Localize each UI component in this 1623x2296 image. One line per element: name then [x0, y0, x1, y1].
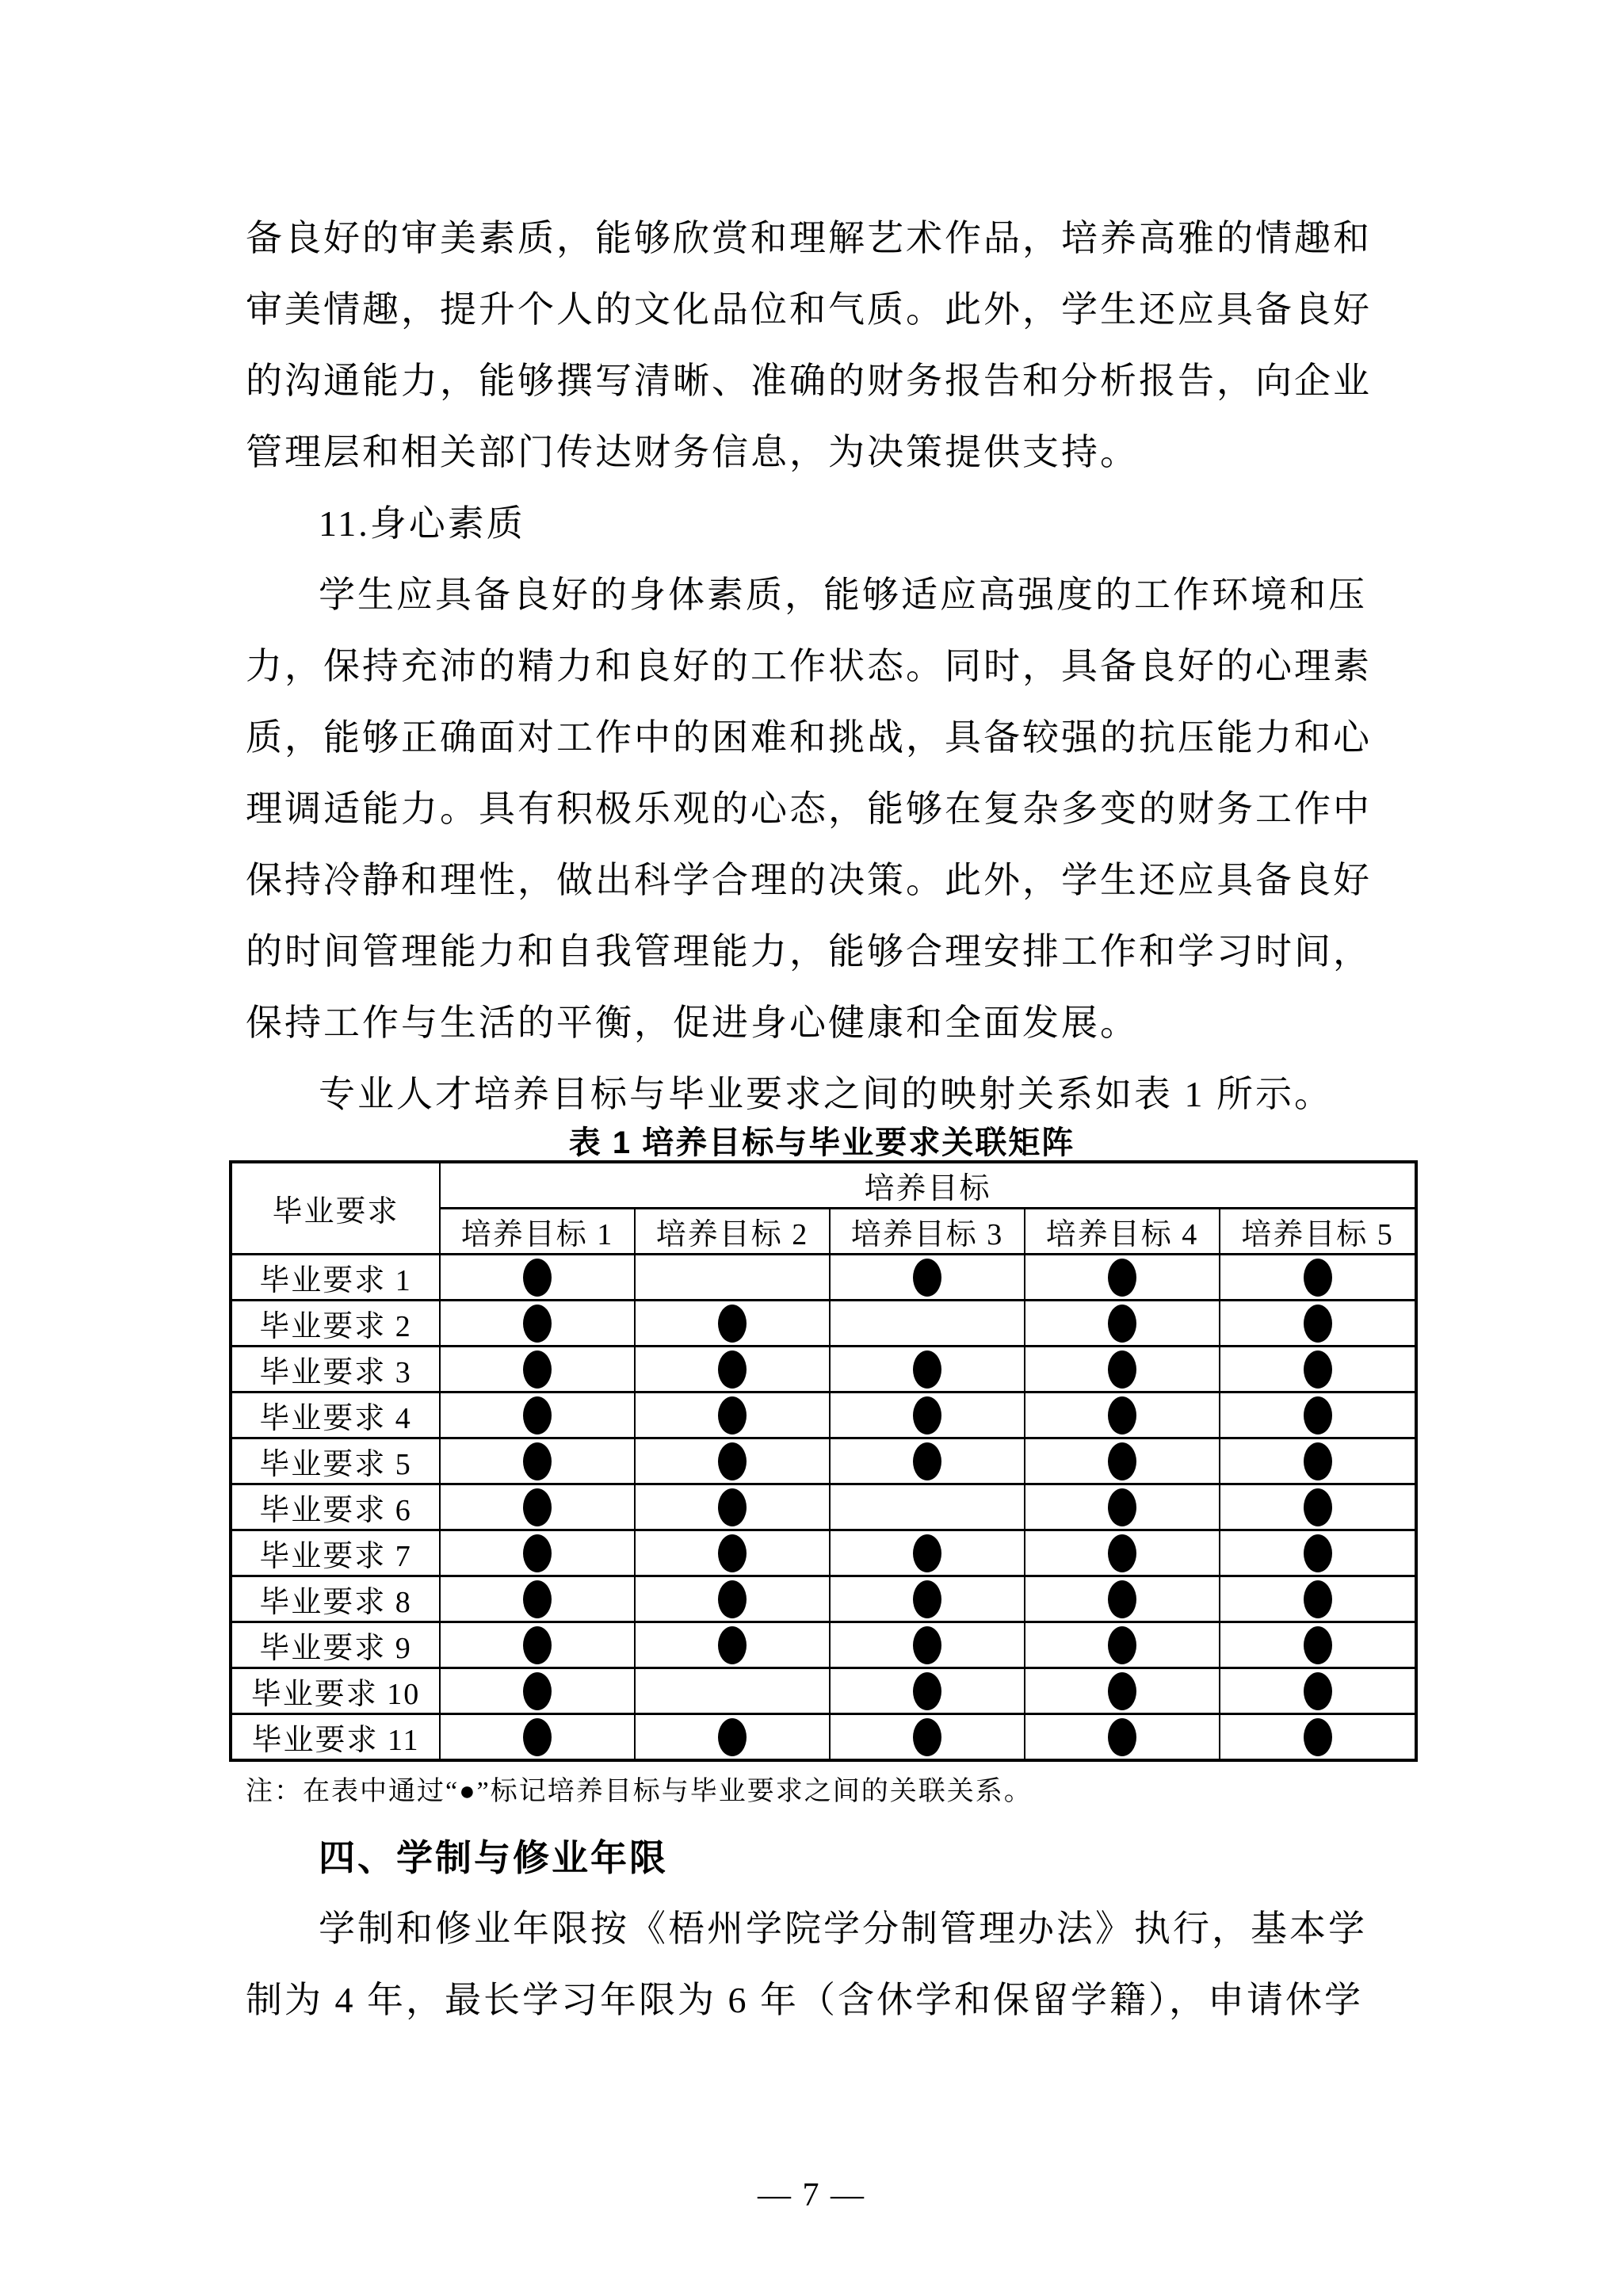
page-number: — 7 —: [0, 2176, 1623, 2214]
dot-marker: [913, 1580, 941, 1618]
matrix-cell: [635, 1301, 830, 1347]
dot-marker: [1304, 1442, 1332, 1480]
matrix-cell: [635, 1255, 830, 1301]
matrix-cell: [1220, 1622, 1416, 1668]
dot-marker: [1304, 1350, 1332, 1389]
paragraph-line: 备良好的审美素质，能够欣赏和理解艺术作品，培养高雅的情趣和: [246, 203, 1384, 274]
corner-header-cell: 毕业要求: [231, 1162, 440, 1255]
table-note: 注：在表中通过“●”标记培养目标与毕业要求之间的关联关系。: [246, 1775, 1384, 1809]
paragraph-line: 的时间管理能力和自我管理能力，能够合理安排工作和学习时间，: [246, 916, 1384, 988]
dot-marker: [1108, 1488, 1136, 1526]
matrix-cell: [830, 1576, 1025, 1622]
dot-marker: [718, 1305, 747, 1343]
dot-marker: [1304, 1396, 1332, 1435]
dot-marker: [1108, 1626, 1136, 1664]
matrix-cell: [635, 1530, 830, 1576]
table-row: 毕业要求 7: [231, 1530, 1416, 1576]
matrix-cell: [830, 1438, 1025, 1484]
matrix-cell: [1220, 1576, 1416, 1622]
dot-marker: [523, 1396, 552, 1435]
table-row: 毕业要求 10: [231, 1668, 1416, 1714]
matrix-cell: [635, 1576, 830, 1622]
dot-marker: [913, 1672, 941, 1710]
dot-marker: [523, 1534, 552, 1572]
row-label: 毕业要求 9: [231, 1622, 440, 1668]
dot-marker: [1304, 1488, 1332, 1526]
row-label: 毕业要求 10: [231, 1668, 440, 1714]
matrix-cell: [440, 1255, 635, 1301]
row-label: 毕业要求 7: [231, 1530, 440, 1576]
sub-heading: 11.身心素质: [246, 488, 1384, 560]
dot-marker: [1108, 1580, 1136, 1618]
paragraph-line: 专业人才培养目标与毕业要求之间的映射关系如表 1 所示。: [246, 1059, 1384, 1130]
matrix-cell: [1025, 1438, 1220, 1484]
page-content: 备良好的审美素质，能够欣赏和理解艺术作品，培养高雅的情趣和 审美情趣，提升个人的…: [246, 203, 1384, 2036]
dot-marker: [1304, 1534, 1332, 1572]
column-header-cell: 培养目标 3: [830, 1209, 1025, 1255]
dot-marker: [1304, 1305, 1332, 1343]
matrix-cell: [1025, 1622, 1220, 1668]
matrix-cell: [830, 1530, 1025, 1576]
matrix-cell: [635, 1347, 830, 1392]
table-row: 毕业要求 6: [231, 1484, 1416, 1530]
paragraph-line: 力，保持充沛的精力和良好的工作状态。同时，具备良好的心理素: [246, 631, 1384, 702]
matrix-cell: [830, 1622, 1025, 1668]
table-row: 毕业要求 1: [231, 1255, 1416, 1301]
paragraph-line: 管理层和相关部门传达财务信息，为决策提供支持。: [246, 417, 1384, 488]
dot-marker: [913, 1259, 941, 1297]
dot-marker: [523, 1626, 552, 1664]
matrix-cell: [1220, 1530, 1416, 1576]
dot-marker: [523, 1350, 552, 1389]
matrix-cell: [635, 1484, 830, 1530]
matrix-cell: [1220, 1392, 1416, 1438]
matrix-cell: [1025, 1576, 1220, 1622]
column-header-cell: 培养目标 4: [1025, 1209, 1220, 1255]
matrix-cell: [1025, 1347, 1220, 1392]
matrix-cell: [830, 1301, 1025, 1347]
matrix-cell: [830, 1255, 1025, 1301]
matrix-cell: [635, 1714, 830, 1761]
section-heading: 四、学制与修业年限: [246, 1822, 1384, 1893]
matrix-cell: [440, 1714, 635, 1761]
dot-marker: [718, 1580, 747, 1618]
matrix-cell: [1220, 1668, 1416, 1714]
matrix-cell: [635, 1622, 830, 1668]
matrix-cell: [635, 1438, 830, 1484]
row-label: 毕业要求 3: [231, 1347, 440, 1392]
row-label: 毕业要求 2: [231, 1301, 440, 1347]
column-header-cell: 培养目标 5: [1220, 1209, 1416, 1255]
matrix-cell: [830, 1714, 1025, 1761]
row-label: 毕业要求 11: [231, 1714, 440, 1761]
matrix-cell: [440, 1484, 635, 1530]
column-header-cell: 培养目标 1: [440, 1209, 635, 1255]
matrix-cell: [1220, 1438, 1416, 1484]
dot-marker: [1304, 1626, 1332, 1664]
dot-marker: [1108, 1350, 1136, 1389]
table-row: 毕业要求 3: [231, 1347, 1416, 1392]
paragraph-line: 质，能够正确面对工作中的困难和挑战，具备较强的抗压能力和心: [246, 702, 1384, 774]
dot-marker: [913, 1534, 941, 1572]
matrix-cell: [440, 1347, 635, 1392]
dot-marker: [1108, 1718, 1136, 1756]
matrix-cell: [830, 1484, 1025, 1530]
table-row: 毕业要求 2: [231, 1301, 1416, 1347]
matrix-cell: [440, 1301, 635, 1347]
document-page: 备良好的审美素质，能够欣赏和理解艺术作品，培养高雅的情趣和 审美情趣，提升个人的…: [0, 0, 1623, 2296]
matrix-cell: [1025, 1484, 1220, 1530]
table-row: 毕业要求 8: [231, 1576, 1416, 1622]
paragraph-line: 学生应具备良好的身体素质，能够适应高强度的工作环境和压: [246, 560, 1384, 631]
paragraph-line: 理调适能力。具有积极乐观的心态，能够在复杂多变的财务工作中: [246, 774, 1384, 845]
matrix-cell: [1025, 1301, 1220, 1347]
dot-marker: [1304, 1580, 1332, 1618]
matrix-cell: [1220, 1714, 1416, 1761]
paragraph-line: 的沟通能力，能够撰写清晰、准确的财务报告和分析报告，向企业: [246, 346, 1384, 417]
dot-marker: [718, 1718, 747, 1756]
table-row: 毕业要求 5: [231, 1438, 1416, 1484]
matrix-cell: [1220, 1347, 1416, 1392]
matrix-cell: [830, 1392, 1025, 1438]
row-label: 毕业要求 4: [231, 1392, 440, 1438]
table-row: 毕业要求 11: [231, 1714, 1416, 1761]
dot-marker: [718, 1442, 747, 1480]
matrix-cell: [440, 1622, 635, 1668]
paragraph-line: 学制和修业年限按《梧州学院学分制管理办法》执行，基本学: [246, 1893, 1384, 1965]
table-header-row-1: 毕业要求 培养目标: [231, 1162, 1416, 1209]
dot-marker: [718, 1396, 747, 1435]
dot-marker: [913, 1626, 941, 1664]
paragraph-line: 审美情趣，提升个人的文化品位和气质。此外，学生还应具备良好: [246, 274, 1384, 346]
dot-marker: [718, 1534, 747, 1572]
table-row: 毕业要求 4: [231, 1392, 1416, 1438]
dot-marker: [1304, 1259, 1332, 1297]
column-header-cell: 培养目标 2: [635, 1209, 830, 1255]
dot-marker: [523, 1718, 552, 1756]
matrix-cell: [1220, 1484, 1416, 1530]
dot-marker: [1108, 1442, 1136, 1480]
row-label: 毕业要求 8: [231, 1576, 440, 1622]
matrix-cell: [440, 1530, 635, 1576]
matrix-cell: [635, 1668, 830, 1714]
matrix-cell: [1025, 1392, 1220, 1438]
paragraph-line: 保持冷静和理性，做出科学合理的决策。此外，学生还应具备良好: [246, 845, 1384, 916]
group-header-cell: 培养目标: [440, 1162, 1416, 1209]
dot-marker: [523, 1305, 552, 1343]
row-label: 毕业要求 1: [231, 1255, 440, 1301]
table-row: 毕业要求 9: [231, 1622, 1416, 1668]
matrix-cell: [1025, 1530, 1220, 1576]
dot-marker: [1108, 1305, 1136, 1343]
table-caption: 表 1 培养目标与毕业要求关联矩阵: [229, 1125, 1415, 1160]
dot-marker: [523, 1580, 552, 1618]
dot-marker: [718, 1626, 747, 1664]
matrix-cell: [440, 1668, 635, 1714]
matrix-cell: [440, 1392, 635, 1438]
dot-marker: [1108, 1259, 1136, 1297]
row-label: 毕业要求 6: [231, 1484, 440, 1530]
row-label: 毕业要求 5: [231, 1438, 440, 1484]
matrix-cell: [1220, 1301, 1416, 1347]
dot-marker: [913, 1718, 941, 1756]
dot-marker: [523, 1488, 552, 1526]
dot-marker: [1108, 1672, 1136, 1710]
dot-marker: [913, 1442, 941, 1480]
dot-marker: [1304, 1672, 1332, 1710]
dot-marker: [718, 1488, 747, 1526]
dot-marker: [523, 1259, 552, 1297]
dot-marker: [1108, 1534, 1136, 1572]
correlation-matrix-table: 毕业要求 培养目标 培养目标 1培养目标 2培养目标 3培养目标 4培养目标 5…: [229, 1160, 1418, 1762]
matrix-cell: [1025, 1255, 1220, 1301]
dot-marker: [913, 1396, 941, 1435]
dot-marker: [523, 1442, 552, 1480]
matrix-cell: [440, 1576, 635, 1622]
dot-marker: [523, 1672, 552, 1710]
paragraph-line: 保持工作与生活的平衡，促进身心健康和全面发展。: [246, 988, 1384, 1059]
matrix-cell: [1220, 1255, 1416, 1301]
dot-marker: [913, 1350, 941, 1389]
matrix-cell: [440, 1438, 635, 1484]
dot-marker: [1108, 1396, 1136, 1435]
matrix-cell: [1025, 1668, 1220, 1714]
matrix-cell: [830, 1668, 1025, 1714]
dot-marker: [718, 1350, 747, 1389]
matrix-cell: [830, 1347, 1025, 1392]
dot-marker: [1304, 1718, 1332, 1756]
matrix-cell: [1025, 1714, 1220, 1761]
matrix-cell: [635, 1392, 830, 1438]
paragraph-line: 制为 4 年，最长学习年限为 6 年（含休学和保留学籍），申请休学: [246, 1965, 1384, 2036]
